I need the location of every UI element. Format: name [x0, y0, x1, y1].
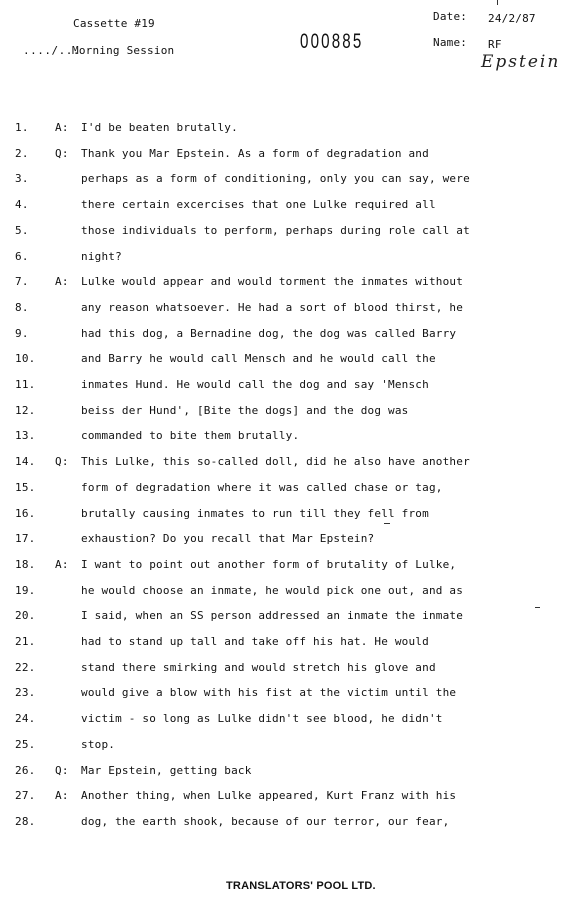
date-value: 24/2/87 — [488, 12, 536, 25]
transcript-line: 20.I said, when an SS person addressed a… — [0, 609, 568, 627]
line-number: 20. — [15, 609, 45, 622]
line-number: 19. — [15, 584, 45, 597]
line-text: any reason whatsoever. He had a sort of … — [81, 301, 463, 314]
transcript-line: 8.any reason whatsoever. He had a sort o… — [0, 301, 568, 319]
document-number: 000885 — [300, 30, 363, 54]
line-number: 1. — [15, 121, 45, 134]
speaker-label: A: — [55, 275, 75, 288]
line-text: he would choose an inmate, he would pick… — [81, 584, 463, 597]
session-label: Morning Session — [72, 44, 174, 57]
line-number: 25. — [15, 738, 45, 751]
line-number: 7. — [15, 275, 45, 288]
line-number: 5. — [15, 224, 45, 237]
transcript-line: 26.Q:Mar Epstein, getting back — [0, 764, 568, 782]
line-number: 17. — [15, 532, 45, 545]
line-text: brutally causing inmates to run till the… — [81, 507, 429, 520]
line-number: 16. — [15, 507, 45, 520]
cassette-label: Cassette #19 — [73, 17, 155, 30]
transcript-line: 25.stop. — [0, 738, 568, 756]
transcript-line: 22.stand there smirking and would stretc… — [0, 661, 568, 679]
transcript-line: 14.Q:This Lulke, this so-called doll, di… — [0, 455, 568, 473]
speaker-label: A: — [55, 789, 75, 802]
line-text: perhaps as a form of conditioning, only … — [81, 172, 470, 185]
transcript-line: 1.A:I'd be beaten brutally. — [0, 121, 568, 139]
line-text: Thank you Mar Epstein. As a form of degr… — [81, 147, 429, 160]
line-text: form of degradation where it was called … — [81, 481, 443, 494]
speaker-label: A: — [55, 121, 75, 134]
transcript-line: 13.commanded to bite them brutally. — [0, 429, 568, 447]
line-text: I'd be beaten brutally. — [81, 121, 238, 134]
line-text: This Lulke, this so-called doll, did he … — [81, 455, 470, 468]
line-number: 4. — [15, 198, 45, 211]
handwritten-signature: Epstein — [481, 52, 560, 72]
line-number: 15. — [15, 481, 45, 494]
line-text: inmates Hund. He would call the dog and … — [81, 378, 429, 391]
line-number: 3. — [15, 172, 45, 185]
footer-stamp: TRANSLATORS' POOL LTD. — [226, 880, 376, 892]
line-text: stand there smirking and would stretch h… — [81, 661, 436, 674]
speaker-label: Q: — [55, 455, 75, 468]
transcript-line: 2.Q:Thank you Mar Epstein. As a form of … — [0, 147, 568, 165]
line-number: 18. — [15, 558, 45, 571]
line-text: had this dog, a Bernadine dog, the dog w… — [81, 327, 456, 340]
transcript-line: 23.would give a blow with his fist at th… — [0, 686, 568, 704]
transcript-line: 19.he would choose an inmate, he would p… — [0, 584, 568, 602]
transcript-line: 18.A:I want to point out another form of… — [0, 558, 568, 576]
transcript-line: 9.had this dog, a Bernadine dog, the dog… — [0, 327, 568, 345]
line-text: and Barry he would call Mensch and he wo… — [81, 352, 436, 365]
line-text: those individuals to perform, perhaps du… — [81, 224, 470, 237]
transcript-line: 5.those individuals to perform, perhaps … — [0, 224, 568, 242]
line-number: 26. — [15, 764, 45, 777]
transcript-line: 16.brutally causing inmates to run till … — [0, 507, 568, 525]
transcript-line: 12.beiss der Hund', [Bite the dogs] and … — [0, 404, 568, 422]
line-number: 27. — [15, 789, 45, 802]
line-number: 8. — [15, 301, 45, 314]
line-number: 10. — [15, 352, 45, 365]
transcript-line: 3.perhaps as a form of conditioning, onl… — [0, 172, 568, 190]
line-number: 9. — [15, 327, 45, 340]
transcript-line: 7.A:Lulke would appear and would torment… — [0, 275, 568, 293]
transcript-line: 15.form of degradation where it was call… — [0, 481, 568, 499]
line-text: Another thing, when Lulke appeared, Kurt… — [81, 789, 456, 802]
line-text: night? — [81, 250, 122, 263]
transcript-line: 6.night? — [0, 250, 568, 268]
line-text: Mar Epstein, getting back — [81, 764, 252, 777]
name-label: Name: — [433, 36, 467, 49]
date-label: Date: — [433, 10, 467, 23]
speaker-label: A: — [55, 558, 75, 571]
line-text: had to stand up tall and take off his ha… — [81, 635, 429, 648]
line-text: victim - so long as Lulke didn't see blo… — [81, 712, 443, 725]
line-text: commanded to bite them brutally. — [81, 429, 299, 442]
line-text: Lulke would appear and would torment the… — [81, 275, 463, 288]
transcript-line: 27.A:Another thing, when Lulke appeared,… — [0, 789, 568, 807]
line-number: 2. — [15, 147, 45, 160]
stray-mark — [535, 607, 540, 608]
speaker-label: Q: — [55, 147, 75, 160]
transcript-line: 10.and Barry he would call Mensch and he… — [0, 352, 568, 370]
line-text: dog, the earth shook, because of our ter… — [81, 815, 449, 828]
line-text: beiss der Hund', [Bite the dogs] and the… — [81, 404, 408, 417]
transcript-line: 17.exhaustion? Do you recall that Mar Ep… — [0, 532, 568, 550]
line-number: 22. — [15, 661, 45, 674]
stray-mark — [497, 0, 498, 5]
line-number: 12. — [15, 404, 45, 417]
line-number: 6. — [15, 250, 45, 263]
name-value: RF — [488, 38, 502, 51]
transcript-line: 28.dog, the earth shook, because of our … — [0, 815, 568, 833]
line-text: there certain excercises that one Lulke … — [81, 198, 436, 211]
line-number: 13. — [15, 429, 45, 442]
line-text: would give a blow with his fist at the v… — [81, 686, 456, 699]
line-number: 21. — [15, 635, 45, 648]
line-number: 11. — [15, 378, 45, 391]
transcript-line: 4.there certain excercises that one Lulk… — [0, 198, 568, 216]
line-text: stop. — [81, 738, 115, 751]
stray-mark — [384, 523, 390, 524]
transcript-line: 11.inmates Hund. He would call the dog a… — [0, 378, 568, 396]
line-number: 14. — [15, 455, 45, 468]
line-text: I want to point out another form of brut… — [81, 558, 456, 571]
line-number: 23. — [15, 686, 45, 699]
line-number: 24. — [15, 712, 45, 725]
line-text: I said, when an SS person addressed an i… — [81, 609, 463, 622]
line-number: 28. — [15, 815, 45, 828]
transcript-line: 24.victim - so long as Lulke didn't see … — [0, 712, 568, 730]
speaker-label: Q: — [55, 764, 75, 777]
transcript-line: 21.had to stand up tall and take off his… — [0, 635, 568, 653]
line-text: exhaustion? Do you recall that Mar Epste… — [81, 532, 374, 545]
